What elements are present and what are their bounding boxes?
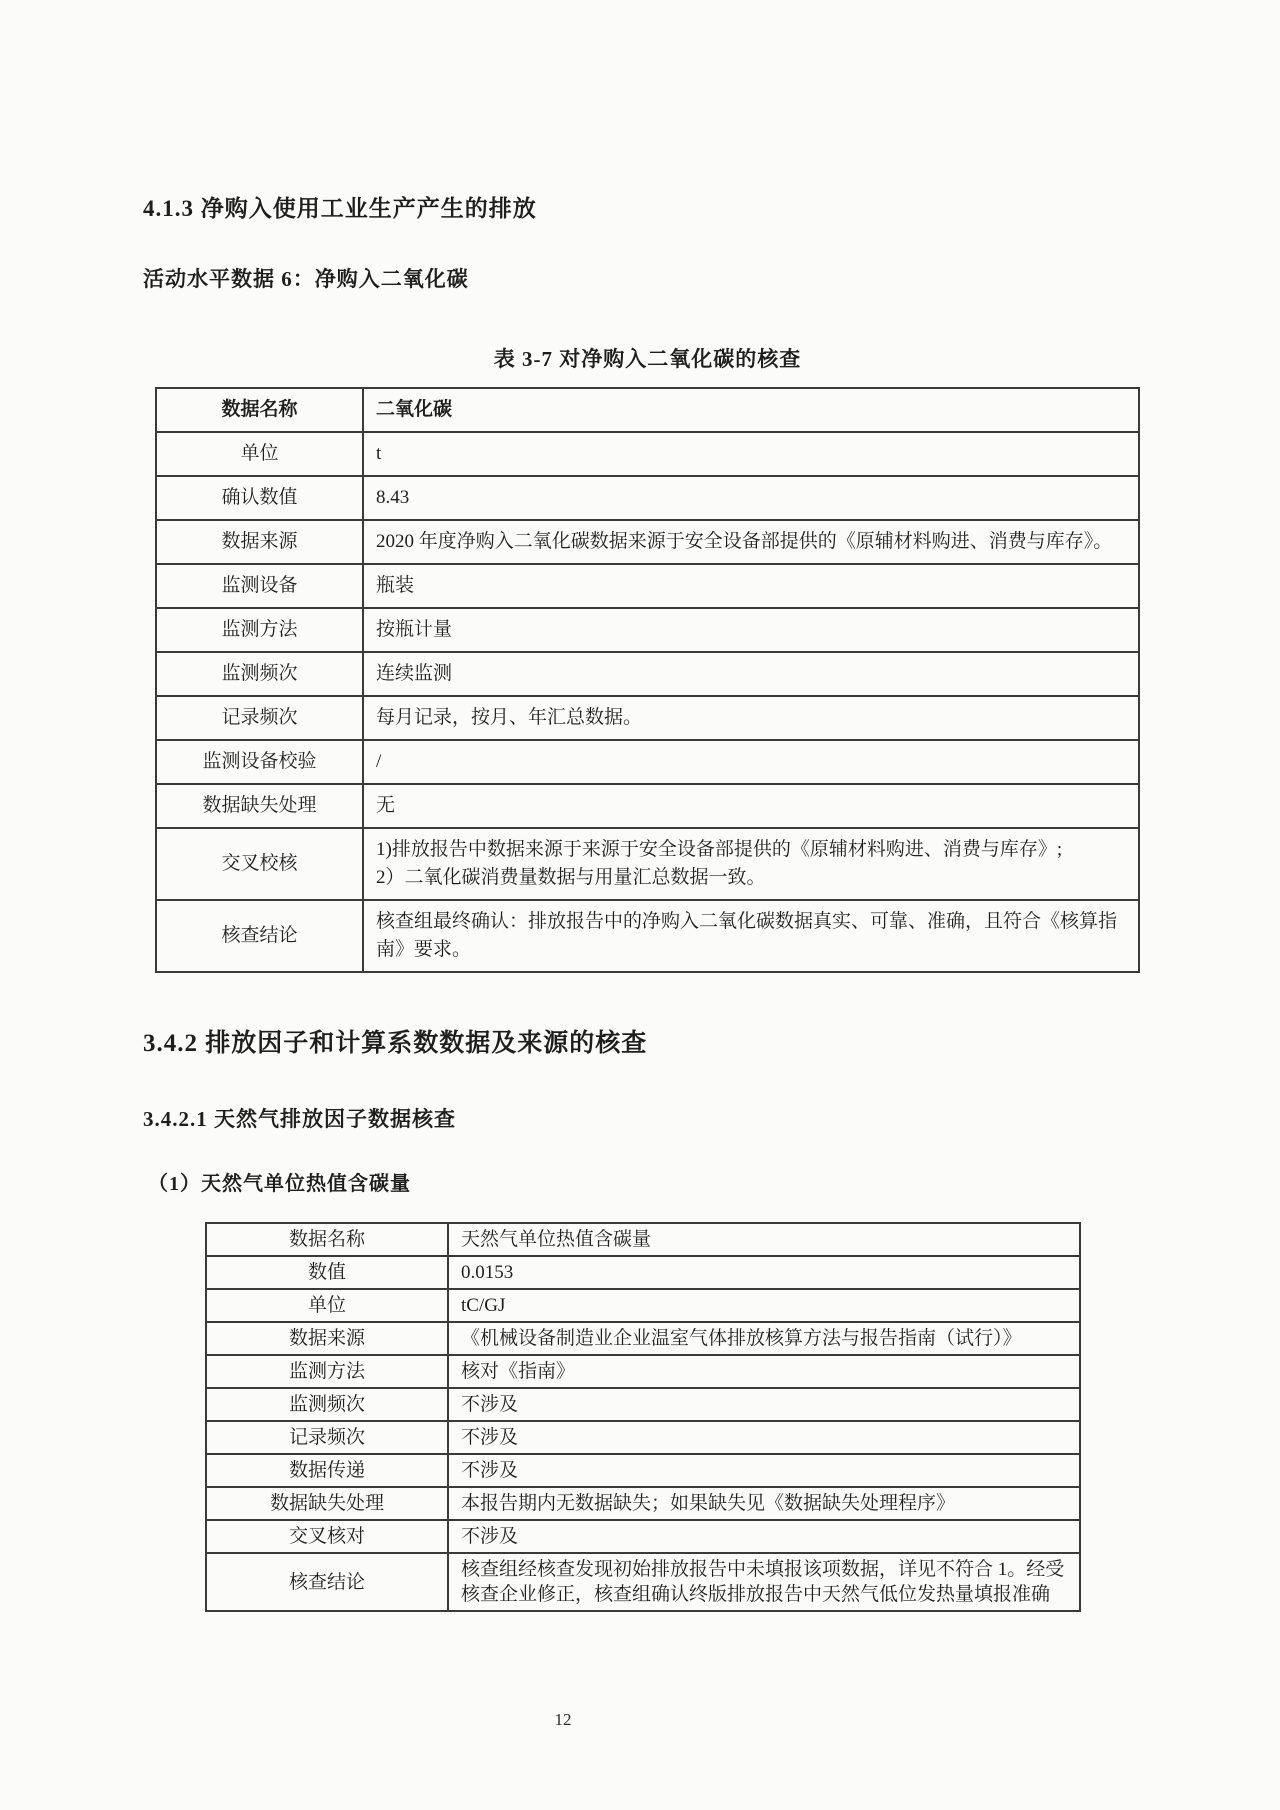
row-label: 监测设备: [156, 564, 363, 608]
row-label: 监测方法: [206, 1355, 448, 1388]
table-natural-gas-carbon-content: 数据名称天然气单位热值含碳量数值0.0153单位tC/GJ数据来源《机械设备制造…: [205, 1222, 1081, 1612]
table-row: 单位t: [156, 432, 1139, 476]
table-row: 数据缺失处理本报告期内无数据缺失；如果缺失见《数据缺失处理程序》: [206, 1487, 1080, 1520]
table-row: 数据缺失处理无: [156, 784, 1139, 828]
row-label: 核查结论: [156, 900, 363, 972]
table-row: 数据来源《机械设备制造业企业温室气体排放核算方法与报告指南（试行）》: [206, 1322, 1080, 1355]
row-value: 核对《指南》: [448, 1355, 1080, 1388]
row-value: /: [363, 740, 1139, 784]
row-value: 天然气单位热值含碳量: [448, 1223, 1080, 1256]
table-row: 监测设备校验/: [156, 740, 1139, 784]
row-value: 本报告期内无数据缺失；如果缺失见《数据缺失处理程序》: [448, 1487, 1080, 1520]
row-value: 1)排放报告中数据来源于来源于安全设备部提供的《原辅材料购进、消费与库存》; 2…: [363, 828, 1139, 900]
table-row: 确认数值8.43: [156, 476, 1139, 520]
row-label: 核查结论: [206, 1553, 448, 1611]
table-row: 记录频次每月记录，按月、年汇总数据。: [156, 696, 1139, 740]
row-value: 不涉及: [448, 1388, 1080, 1421]
row-label: 单位: [156, 432, 363, 476]
row-value: 核查组最终确认：排放报告中的净购入二氧化碳数据真实、可靠、准确，且符合《核算指南…: [363, 900, 1139, 972]
table-row: 记录频次不涉及: [206, 1421, 1080, 1454]
row-value: 连续监测: [363, 652, 1139, 696]
item-heading-natural-gas-carbon-content: （1）天然气单位热值含碳量: [148, 1167, 1143, 1196]
row-value: 二氧化碳: [363, 388, 1139, 432]
row-value: t: [363, 432, 1139, 476]
row-label: 数据来源: [206, 1322, 448, 1355]
section-heading-4-1-3: 4.1.3 净购入使用工业生产产生的排放: [143, 190, 1143, 223]
row-label: 监测频次: [206, 1388, 448, 1421]
row-label: 监测频次: [156, 652, 363, 696]
row-label: 交叉校核: [156, 828, 363, 900]
table-row: 数据来源2020 年度净购入二氧化碳数据来源于安全设备部提供的《原辅材料购进、消…: [156, 520, 1139, 564]
table-row: 监测频次连续监测: [156, 652, 1139, 696]
row-label: 数值: [206, 1256, 448, 1289]
row-label: 数据名称: [156, 388, 363, 432]
row-value: 核查组经核查发现初始排放报告中未填报该项数据，详见不符合 1。经受核查企业修正，…: [448, 1553, 1080, 1611]
row-label: 监测方法: [156, 608, 363, 652]
row-label: 记录频次: [206, 1421, 448, 1454]
row-label: 数据缺失处理: [206, 1487, 448, 1520]
page-number: 12: [0, 1710, 1126, 1730]
table-co2-verification: 数据名称二氧化碳单位t确认数值8.43数据来源2020 年度净购入二氧化碳数据来…: [155, 387, 1140, 973]
row-value: tC/GJ: [448, 1289, 1080, 1322]
row-value: 不涉及: [448, 1454, 1080, 1487]
row-value: 瓶装: [363, 564, 1139, 608]
table-row: 数据传递不涉及: [206, 1454, 1080, 1487]
row-label: 记录频次: [156, 696, 363, 740]
section-heading-3-4-2-1: 3.4.2.1 天然气排放因子数据核查: [143, 1103, 1143, 1133]
page-content: 4.1.3 净购入使用工业生产产生的排放 活动水平数据 6：净购入二氧化碳 表 …: [143, 190, 1143, 1612]
row-value: 无: [363, 784, 1139, 828]
row-value: 不涉及: [448, 1421, 1080, 1454]
table-row: 数据名称二氧化碳: [156, 388, 1139, 432]
table-row: 数值0.0153: [206, 1256, 1080, 1289]
table-row: 监测方法按瓶计量: [156, 608, 1139, 652]
row-value: 《机械设备制造业企业温室气体排放核算方法与报告指南（试行）》: [448, 1322, 1080, 1355]
table-row: 核查结论核查组经核查发现初始排放报告中未填报该项数据，详见不符合 1。经受核查企…: [206, 1553, 1080, 1611]
section-heading-3-4-2: 3.4.2 排放因子和计算系数数据及来源的核查: [143, 1023, 1143, 1059]
row-label: 交叉核对: [206, 1520, 448, 1553]
row-label: 数据名称: [206, 1223, 448, 1256]
table-row: 交叉核对不涉及: [206, 1520, 1080, 1553]
table-row: 监测设备瓶装: [156, 564, 1139, 608]
row-value: 每月记录，按月、年汇总数据。: [363, 696, 1139, 740]
table-3-7-title: 表 3-7 对净购入二氧化碳的核查: [155, 343, 1140, 373]
row-label: 数据缺失处理: [156, 784, 363, 828]
row-label: 单位: [206, 1289, 448, 1322]
table-row: 数据名称天然气单位热值含碳量: [206, 1223, 1080, 1256]
row-value: 2020 年度净购入二氧化碳数据来源于安全设备部提供的《原辅材料购进、消费与库存…: [363, 520, 1139, 564]
activity-data-subheading: 活动水平数据 6：净购入二氧化碳: [143, 263, 1143, 293]
row-label: 数据传递: [206, 1454, 448, 1487]
table-row: 单位tC/GJ: [206, 1289, 1080, 1322]
document-page: 4.1.3 净购入使用工业生产产生的排放 活动水平数据 6：净购入二氧化碳 表 …: [0, 0, 1280, 1810]
row-label: 监测设备校验: [156, 740, 363, 784]
table-row: 交叉校核1)排放报告中数据来源于来源于安全设备部提供的《原辅材料购进、消费与库存…: [156, 828, 1139, 900]
table-row: 监测方法核对《指南》: [206, 1355, 1080, 1388]
row-value: 不涉及: [448, 1520, 1080, 1553]
table-row: 核查结论核查组最终确认：排放报告中的净购入二氧化碳数据真实、可靠、准确，且符合《…: [156, 900, 1139, 972]
row-value: 按瓶计量: [363, 608, 1139, 652]
table-row: 监测频次不涉及: [206, 1388, 1080, 1421]
row-value: 0.0153: [448, 1256, 1080, 1289]
row-label: 数据来源: [156, 520, 363, 564]
row-label: 确认数值: [156, 476, 363, 520]
row-value: 8.43: [363, 476, 1139, 520]
